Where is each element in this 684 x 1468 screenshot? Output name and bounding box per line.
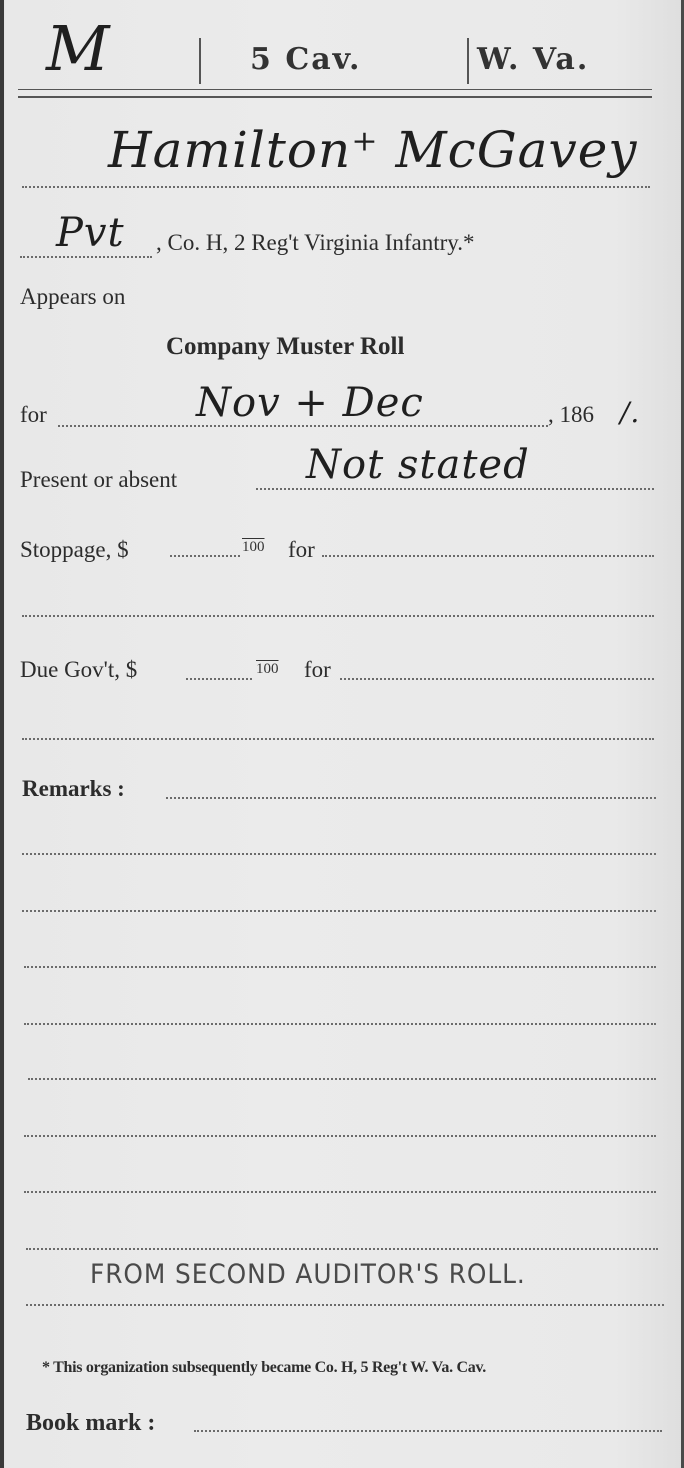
header-regiment: 5 Cav.	[250, 40, 362, 80]
header-state: W. Va.	[477, 40, 589, 80]
remarks-line-1	[166, 797, 656, 799]
stoppage-dollars-line	[170, 555, 240, 557]
due-for-line	[340, 678, 654, 680]
present-value: Not stated	[306, 440, 530, 490]
due-gov-label: Due Gov't, $	[20, 655, 137, 685]
remarks-label: Remarks :	[22, 774, 125, 804]
name-line	[22, 186, 650, 188]
appears-on-label: Appears on	[20, 282, 125, 312]
for-label: for	[20, 400, 47, 430]
remarks-line-8	[24, 1191, 656, 1193]
due-dollars-line	[186, 678, 252, 680]
present-label: Present or absent	[20, 465, 177, 495]
due-cents: 100	[256, 659, 279, 679]
remarks-line-6	[28, 1078, 656, 1080]
roll-type: Company Muster Roll	[166, 331, 404, 363]
remarks-line-7	[24, 1135, 656, 1137]
muster-card: M 5 Cav. W. Va. Hamilton⁺ McGavey Pvt , …	[0, 0, 684, 1468]
stoppage-for-line	[322, 555, 654, 557]
second-auditor-stamp: FROM SECOND AUDITOR'S ROLL.	[90, 1257, 526, 1293]
stoppage-label: Stoppage, $	[20, 535, 129, 565]
year-suffix: /.	[620, 396, 640, 430]
stoppage-line-2	[22, 615, 654, 617]
period-value: Nov + Dec	[196, 378, 424, 428]
stamp-line-top	[26, 1248, 658, 1250]
card-left-edge	[0, 0, 4, 1468]
bookmark-label: Book mark :	[26, 1408, 155, 1438]
remarks-line-2	[22, 853, 656, 855]
remarks-line-4	[24, 966, 656, 968]
stoppage-for: for	[288, 535, 315, 565]
header-divider-2	[467, 38, 469, 84]
stamp-line-bottom	[26, 1304, 664, 1306]
year-prefix: , 186	[548, 400, 594, 430]
header-initial: M	[46, 14, 110, 84]
header-divider-1	[199, 38, 201, 84]
header-rule-bottom	[18, 96, 652, 98]
due-for: for	[304, 655, 331, 685]
footnote: * This organization subsequently became …	[42, 1357, 486, 1379]
remarks-line-5	[24, 1023, 656, 1025]
stoppage-cents: 100	[242, 537, 265, 557]
bookmark-line	[194, 1430, 662, 1432]
soldier-rank: Pvt	[56, 208, 125, 258]
soldier-name: Hamilton⁺ McGavey	[108, 118, 638, 182]
due-line-2	[22, 738, 654, 740]
remarks-line-3	[22, 910, 656, 912]
rank-line	[20, 256, 152, 258]
unit-text: , Co. H, 2 Reg't Virginia Infantry.*	[156, 228, 475, 258]
header-rule-top	[18, 89, 652, 90]
